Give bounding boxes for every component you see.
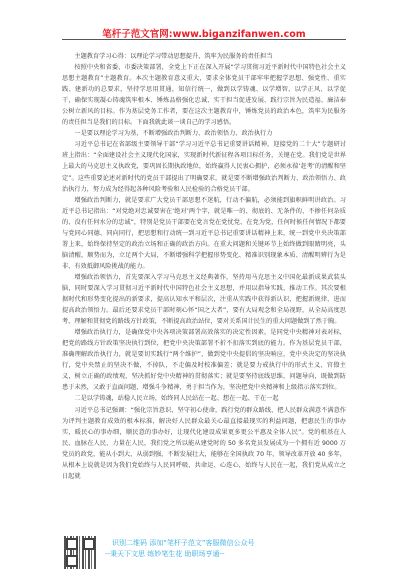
promo-line-1: 识别二维码 添加“笔杆子范文”客服微信公众号 [112,538,254,548]
footer-promo: 识别二维码 添加“笔杆子范文”客服微信公众号 --秉天下文思 练妙笔生花 助职场… [64,536,364,570]
section-heading: 一是要以理论学习为基，不断增强政治判断力、政治领悟力、政治执行力 [62,128,346,139]
document-body: 主题教育学习心得：以理论学习带动思想提升，筑牢为民服务的责任担当 按照中央和省委… [62,51,346,482]
header-divider [62,39,346,40]
paragraph: 增强政治判断力，就是要求广大党员干部思想不迷航，行动不偏航，必须能到旗帜鲜明讲政… [62,195,346,272]
paragraph: 增强政治领悟力，首先要深入学习马克思主义经典著作，坚持用马克思主义中国化最新成果… [62,272,346,327]
section-heading: 二是以学铸魂，站稳人民立场，始终同人民站在一起、想在一起、干在一起 [62,393,346,404]
paragraph: 习近平总书记在省部级主要领导干部“学习习近平总书记重要讲话精神，迎接党的二十大”… [62,139,346,194]
qr-code-icon [64,536,97,569]
paragraph: 按照中央和省委、市委决策部署，全党上下正在深入开展“学习贯彻习近平新时代中国特色… [62,62,346,128]
paragraph: 习近平总书记强调：“强化宗旨意识，坚守初心使命，践行党的群众路线，把人民群众满意… [62,405,346,482]
paragraph: 增强政治执行力，是确保党中央各项决策部署高效落实的决定性因素，是同党中央精神对表… [62,327,346,393]
document-title: 主题教育学习心得：以理论学习带动思想提升，筑牢为民服务的责任担当 [62,51,346,62]
site-header-title: 笔杆子范文官网:www.biganzifanwen.com [0,26,408,40]
promo-line-2: --秉天下文思 练妙笔生花 助职场亨通-- [105,549,225,559]
